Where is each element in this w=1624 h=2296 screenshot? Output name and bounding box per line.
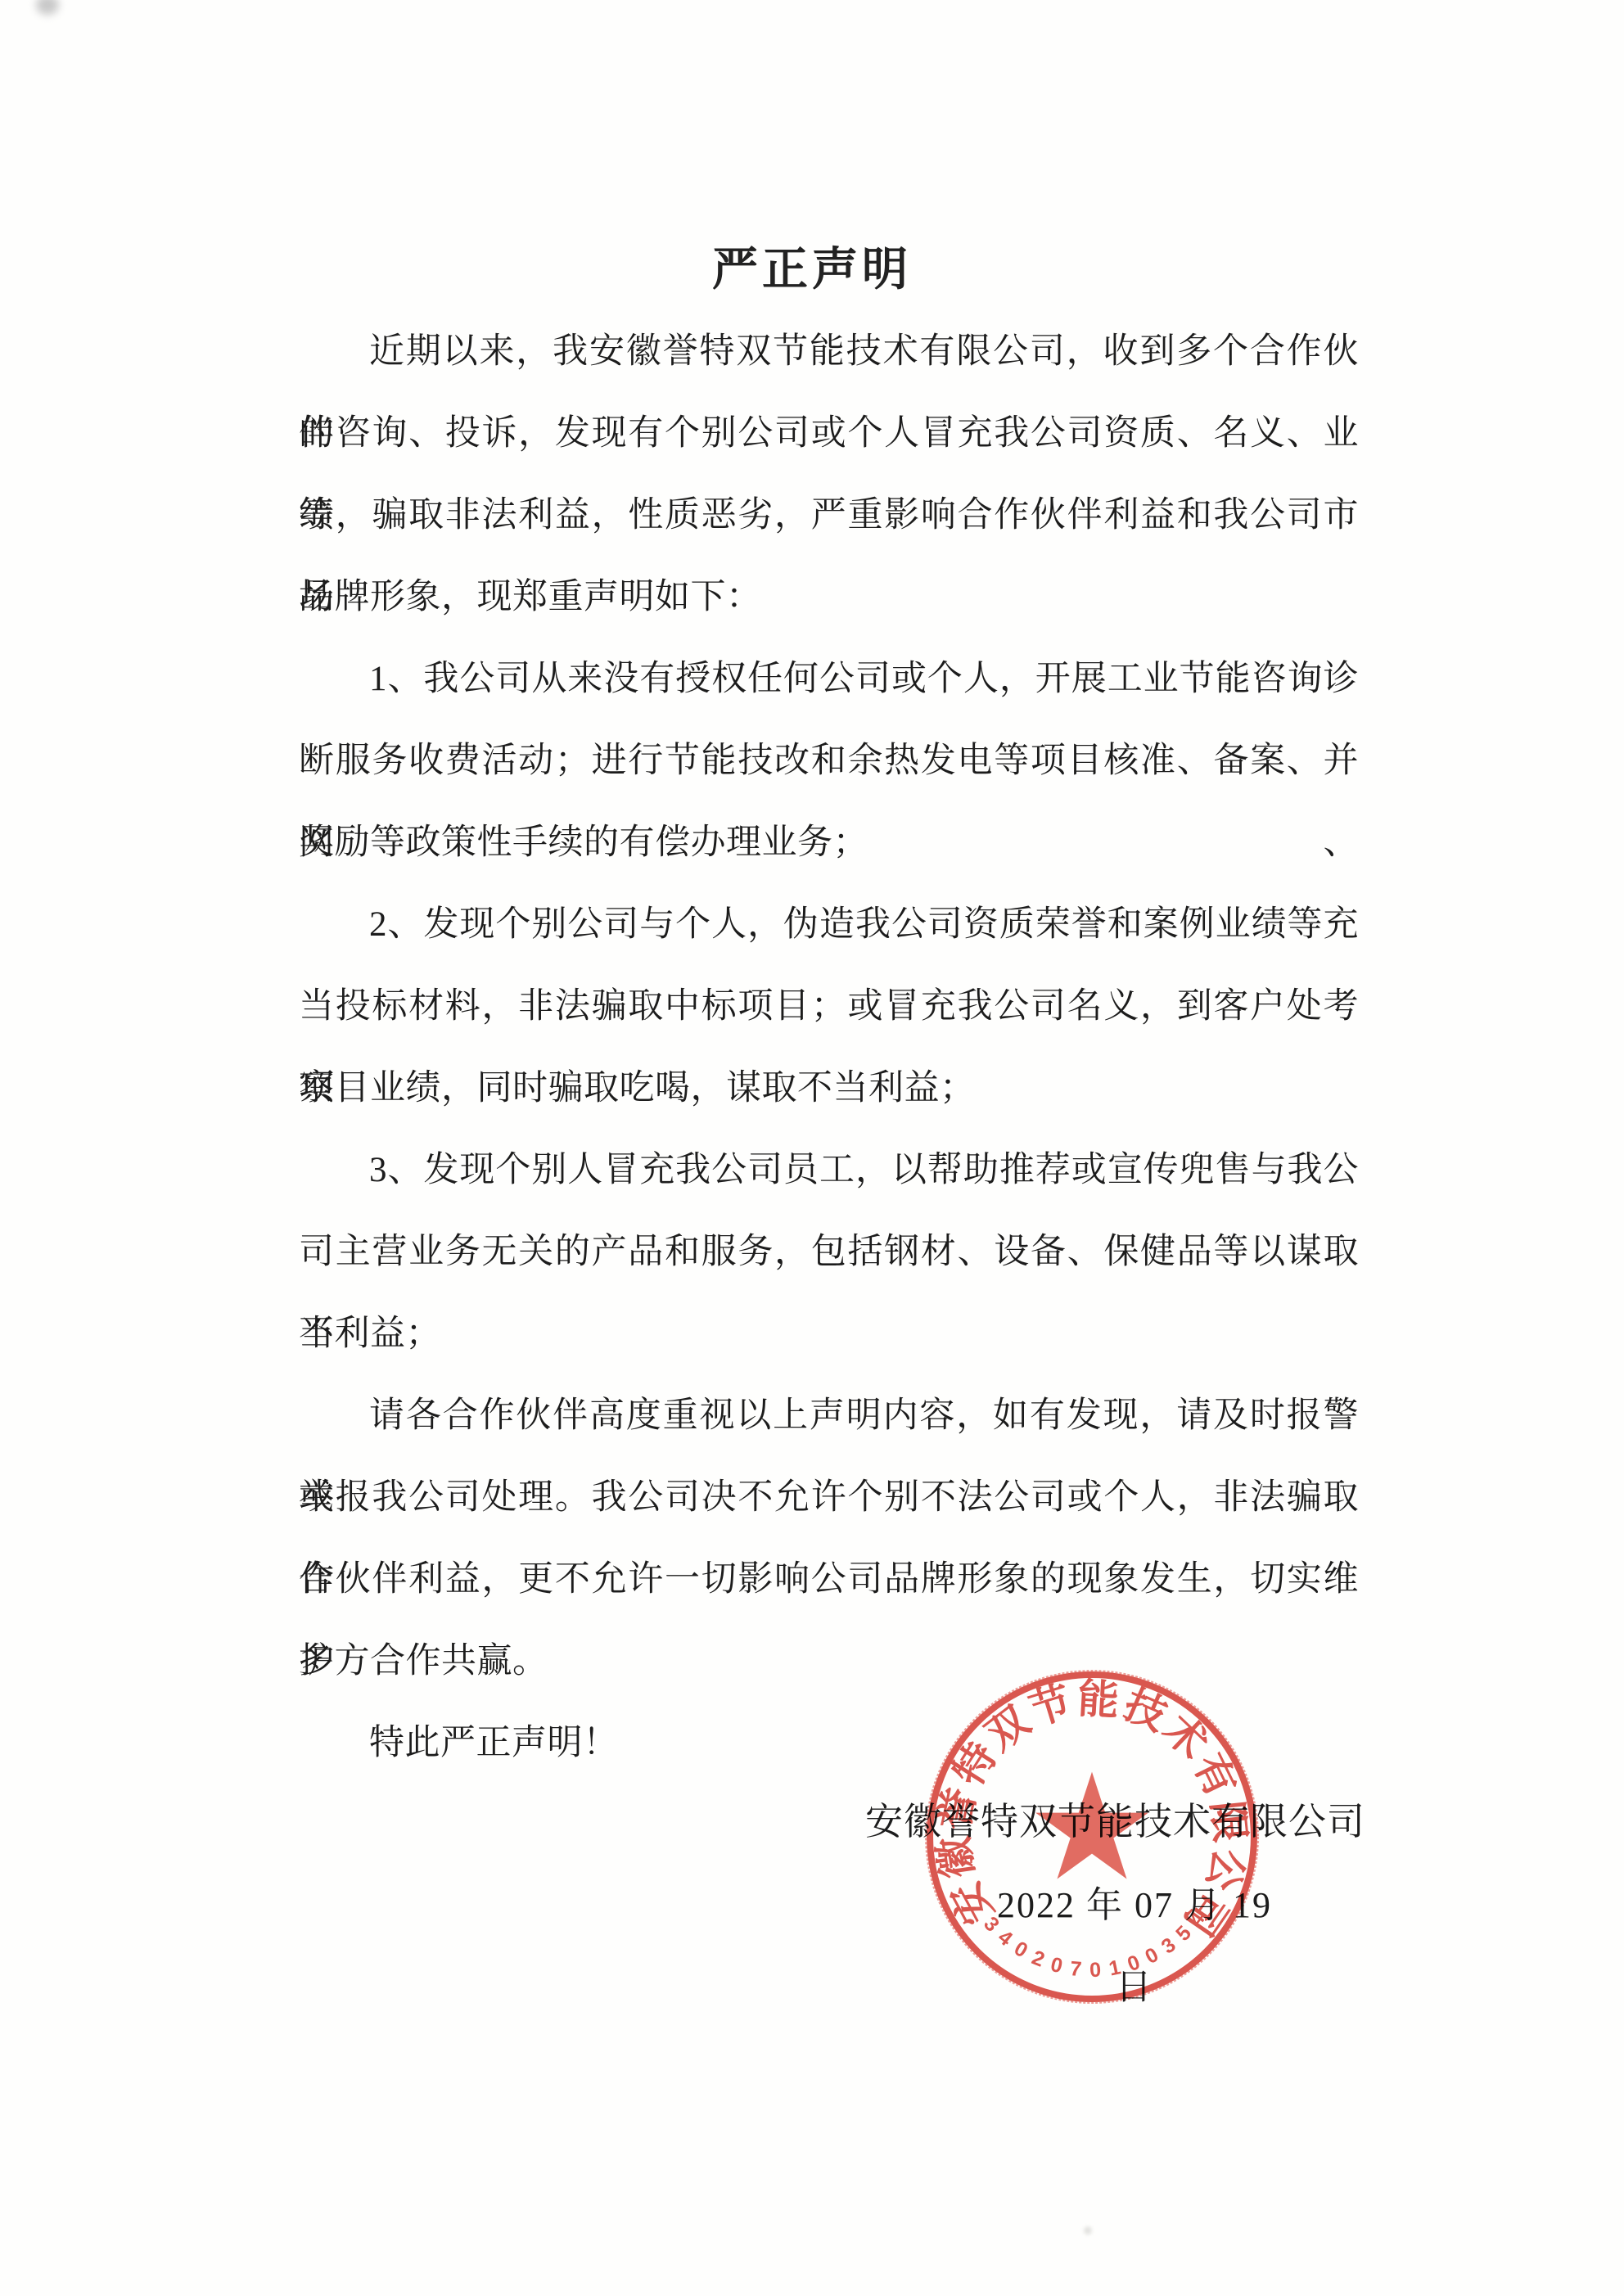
scan-artifact-smudge [36, 0, 59, 15]
scanned-statement-page: 严正声明 近期以来，我安徽誉特双节能技术有限公司，收到多个合作伙伴 的咨询、投诉… [0, 0, 1624, 2296]
seal-graphic: 安徽誉特双节能技术有限公司 3402070100354 [923, 1668, 1261, 2005]
body-line: 品牌形象，现郑重声明如下： [299, 557, 1359, 638]
company-seal-stamp: 安徽誉特双节能技术有限公司 3402070100354 [923, 1668, 1261, 2005]
body-line: 2、发现个别公司与个人，伪造我公司资质荣誉和案例业绩等充 [299, 884, 1359, 966]
body-line: 1、我公司从来没有授权任何公司或个人，开展工业节能咨询诊 [299, 638, 1359, 720]
body-line: 3、发现个别人冒充我公司员工，以帮助推荐或宣传兜售与我公 [299, 1130, 1359, 1211]
body-line: 的咨询、投诉，发现有个别公司或个人冒充我公司资质、名义、业绩 [299, 393, 1359, 475]
statement-title: 严正声明 [0, 228, 1624, 313]
seal-star-icon [1035, 1772, 1148, 1879]
statement-body: 近期以来，我安徽誉特双节能技术有限公司，收到多个合作伙伴 的咨询、投诉，发现有个… [299, 311, 1359, 1784]
body-line: 当利益； [299, 1293, 1359, 1375]
body-line: 项目业绩，同时骗取吃喝，谋取不当利益； [299, 1048, 1359, 1130]
body-line: 作伙伴利益，更不允许一切影响公司品牌形象的现象发生，切实维护 [299, 1539, 1359, 1621]
scan-artifact-dot [1084, 2226, 1092, 2235]
body-line: 举报我公司处理。我公司决不允许个别不法公司或个人，非法骗取合 [299, 1457, 1359, 1539]
body-line: 当投标材料，非法骗取中标项目；或冒充我公司名义，到客户处考察 [299, 966, 1359, 1048]
body-line: 近期以来，我安徽誉特双节能技术有限公司，收到多个合作伙伴 [299, 311, 1359, 393]
body-line: 司主营业务无关的产品和服务，包括钢材、设备、保健品等以谋取不 [299, 1211, 1359, 1293]
body-line: 请各合作伙伴高度重视以上声明内容，如有发现，请及时报警或 [299, 1375, 1359, 1457]
body-line: 断服务收费活动；进行节能技改和余热发电等项目核准、备案、并网、 [299, 720, 1359, 802]
body-line: 等，骗取非法利益，性质恶劣，严重影响合作伙伴利益和我公司市场 [299, 475, 1359, 557]
